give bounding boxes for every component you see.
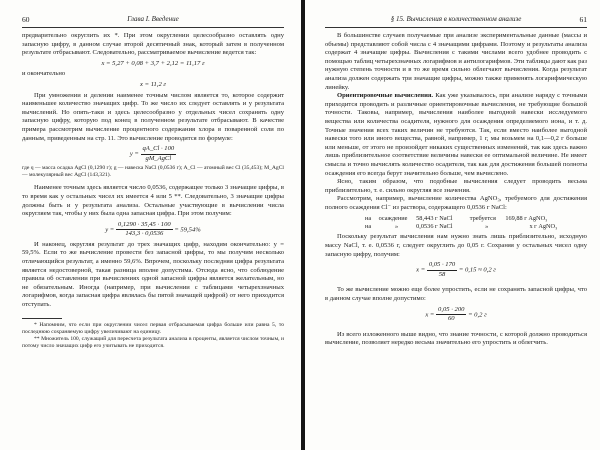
cell: 0,0536 г NaCl bbox=[416, 223, 468, 231]
paragraph: предварительно округлить их *. При этом … bbox=[22, 32, 284, 58]
numerator: qA_Cl · 100 bbox=[141, 145, 177, 155]
paragraph-text: Как уже указывалось, при анализе наряду … bbox=[325, 92, 587, 176]
right-page-body: В большинстве случаев получаемые при ана… bbox=[325, 32, 587, 348]
paragraph: Ориентировочные вычисления. Как уже указ… bbox=[325, 92, 587, 178]
paragraph: Ясно, таким образом, что подобные вычисл… bbox=[325, 178, 587, 195]
formula-estimate-1: x = 0,05 · 170 58 = 0,15 ≈ 0,2 г bbox=[325, 261, 587, 279]
formula-lhs: y = bbox=[130, 151, 139, 158]
formula-sum: x = 5,27 + 0,08 + 3,7 + 2,12 = 11,17 г bbox=[22, 60, 284, 69]
left-page: 60 Глава I. Введение предварительно окру… bbox=[0, 0, 302, 450]
cell: на bbox=[365, 215, 377, 223]
fraction: 0,1290 · 35,45 · 100 143,3 · 0,0536 bbox=[116, 221, 173, 239]
formula-final: x = 11,2 г bbox=[22, 81, 284, 90]
paragraph: Наименее точным здесь является число 0,0… bbox=[22, 184, 284, 218]
footnote: * Напомним, что если при округлении чисе… bbox=[22, 322, 284, 336]
fraction: qA_Cl · 100 gM_AgCl bbox=[141, 145, 177, 163]
denominator: 58 bbox=[427, 271, 457, 280]
fraction: 0,05 · 170 58 bbox=[427, 261, 457, 279]
formula-lhs: y = bbox=[105, 226, 114, 233]
cell: 58,443 г NaCl bbox=[416, 215, 468, 223]
cell: требуется bbox=[470, 215, 504, 223]
paragraph: То же вычисление можно еще более упрости… bbox=[325, 286, 587, 303]
cell: » bbox=[379, 223, 415, 231]
cell: 169,88 г AgNO₃ bbox=[505, 215, 547, 223]
right-running-header: § 15. Вычисления в количественном анализ… bbox=[325, 15, 587, 28]
paragraph: и окончательно bbox=[22, 70, 284, 79]
left-page-body: предварительно округлить их *. При этом … bbox=[22, 32, 284, 350]
running-title: § 15. Вычисления в количественном анализ… bbox=[325, 15, 587, 23]
numerator: 0,05 · 200 bbox=[436, 306, 466, 316]
formula-lhs: x = bbox=[416, 267, 425, 274]
proportion-table: на осаждение 58,443 г NaCl требуется 169… bbox=[365, 215, 587, 230]
denominator: gM_AgCl bbox=[141, 155, 177, 164]
fraction: 0,05 · 200 60 bbox=[436, 306, 466, 324]
paragraph: Рассмотрим, например, вычисление количес… bbox=[325, 195, 587, 212]
numerator: 0,1290 · 35,45 · 100 bbox=[116, 221, 173, 231]
paragraph: И наконец, округляя результат до трех зн… bbox=[22, 241, 284, 310]
formula-estimate-2: x = 0,05 · 200 60 = 0,2 г bbox=[325, 306, 587, 324]
right-page: § 15. Вычисления в количественном анализ… bbox=[305, 0, 600, 450]
cell: x г AgNO₃ bbox=[505, 223, 557, 231]
page-number: 61 bbox=[580, 15, 588, 24]
denominator: 143,3 · 0,0536 bbox=[116, 230, 173, 239]
formula-rhs: = 59,54% bbox=[174, 226, 200, 233]
left-running-header: 60 Глава I. Введение bbox=[22, 15, 284, 28]
proportion-row: на осаждение 58,443 г NaCl требуется 169… bbox=[365, 215, 587, 223]
paragraph: В большинстве случаев получаемые при ана… bbox=[325, 32, 587, 92]
denominator: 60 bbox=[436, 315, 466, 324]
cell: осаждение bbox=[379, 215, 415, 223]
running-title: Глава I. Введение bbox=[22, 15, 284, 23]
footnote: ** Множитель 100, служащий для пересчета… bbox=[22, 336, 284, 350]
cell: » bbox=[470, 223, 504, 231]
paragraph: При умножении и делении наименее точным … bbox=[22, 92, 284, 144]
formula-rhs: = 0,15 ≈ 0,2 г bbox=[459, 267, 496, 274]
formula-rhs: = 0,2 г bbox=[468, 311, 487, 318]
footnote-divider bbox=[22, 318, 62, 319]
proportion-row: на » 0,0536 г NaCl » x г AgNO₃ bbox=[365, 223, 587, 231]
section-lead: Ориентировочные вычисления. bbox=[337, 92, 433, 99]
formula-percent: y = qA_Cl · 100 gM_AgCl bbox=[22, 145, 284, 163]
formula-calc: y = 0,1290 · 35,45 · 100 143,3 · 0,0536 … bbox=[22, 221, 284, 239]
formula-legend: где q — масса осадка AgCl (0,1290 г); g … bbox=[22, 165, 284, 179]
cell: на bbox=[365, 223, 377, 231]
formula-lhs: x = bbox=[425, 311, 434, 318]
numerator: 0,05 · 170 bbox=[427, 261, 457, 271]
paragraph: Поскольку результат вычисления нам нужно… bbox=[325, 233, 587, 259]
paragraph: Из всего изложенного выше видно, что зна… bbox=[325, 331, 587, 348]
